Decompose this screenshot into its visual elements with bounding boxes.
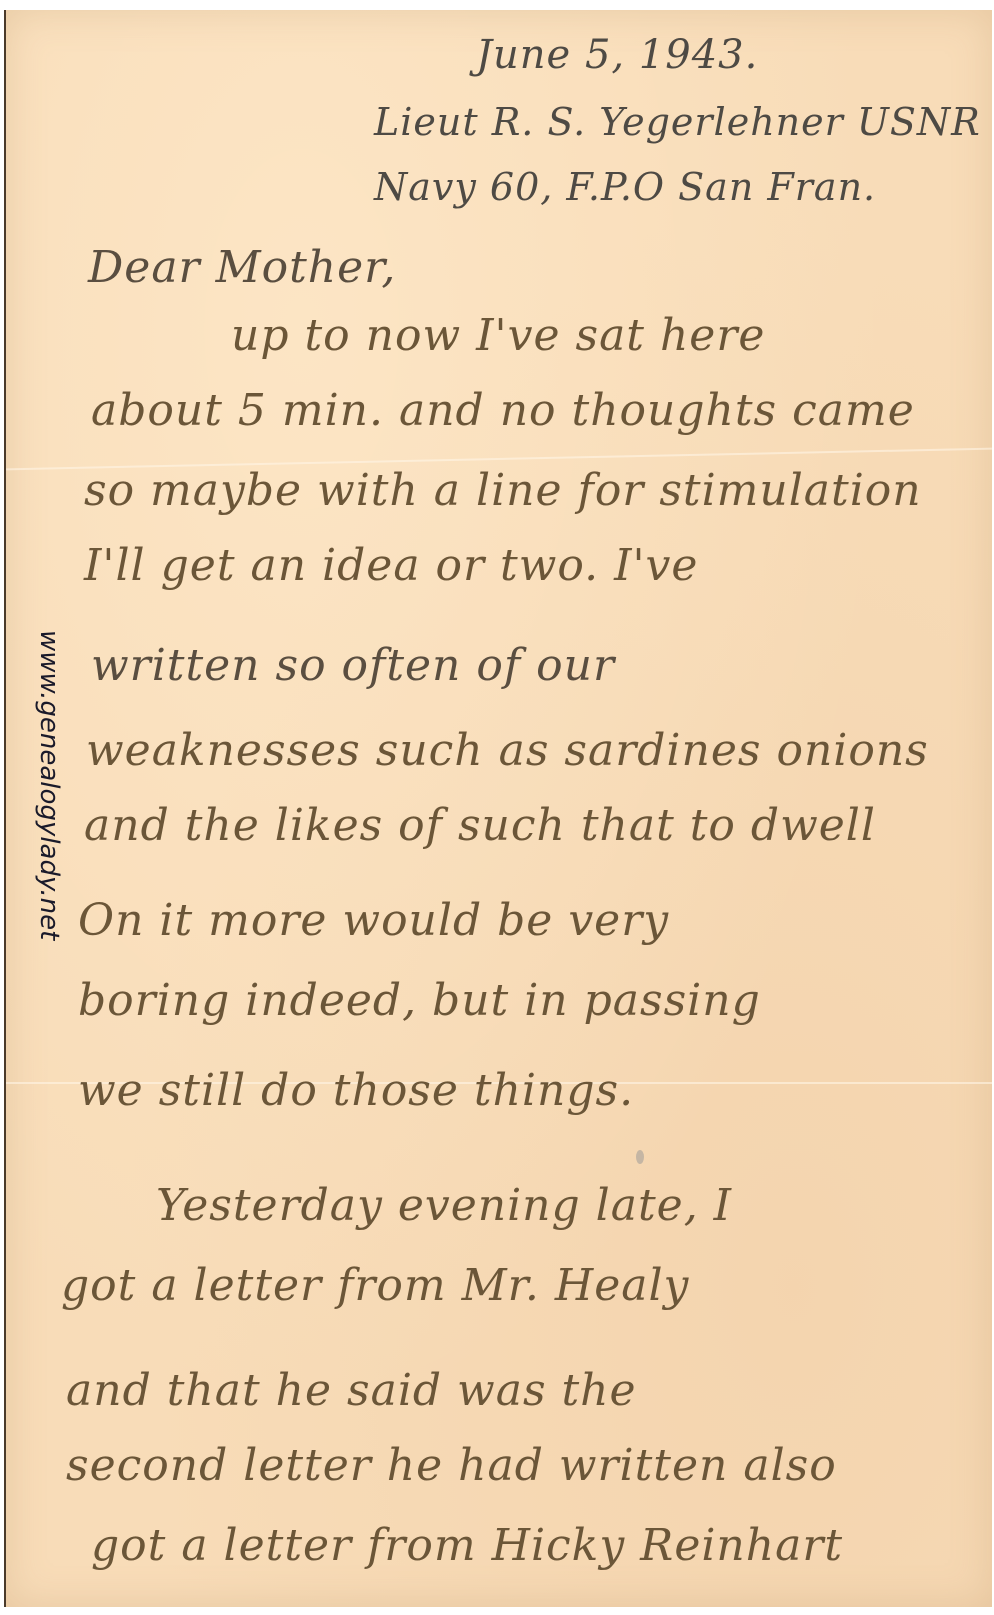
- letter-line: Yesterday evening late, I: [156, 1180, 732, 1231]
- letter-line: up to now I've sat here: [231, 310, 765, 361]
- letter-line: so maybe with a line for stimulation: [84, 465, 922, 516]
- paper-stain: [636, 1150, 644, 1164]
- letter-line: written so often of our: [91, 640, 615, 691]
- watermark: www.genealogylady.net: [24, 630, 64, 980]
- letter-line: I'll get an idea or two. I've: [84, 540, 698, 591]
- letter-line: we still do those things.: [78, 1065, 634, 1116]
- letter-address: Navy 60, F.P.O San Fran.: [374, 165, 876, 209]
- letter-page: www.genealogylady.net June 5, 1943. Lieu…: [4, 10, 992, 1607]
- letter-salutation: Dear Mother,: [88, 242, 396, 293]
- letter-line: second letter he had written also: [66, 1440, 837, 1491]
- letter-line: got a letter from Mr. Healy: [61, 1260, 689, 1311]
- letter-line: and that he said was the: [66, 1365, 637, 1416]
- letter-date: June 5, 1943.: [476, 32, 758, 78]
- letter-line: On it more would be very: [78, 895, 669, 946]
- letter-line: boring indeed, but in passing: [78, 975, 761, 1026]
- letter-line: about 5 min. and no thoughts came: [91, 385, 915, 436]
- letter-sender: Lieut R. S. Yegerlehner USNR: [374, 100, 981, 144]
- letter-line: and the likes of such that to dwell: [84, 800, 876, 851]
- letter-line: got a letter from Hicky Reinhart: [91, 1520, 843, 1571]
- letter-line: weaknesses such as sardines onions: [86, 725, 929, 776]
